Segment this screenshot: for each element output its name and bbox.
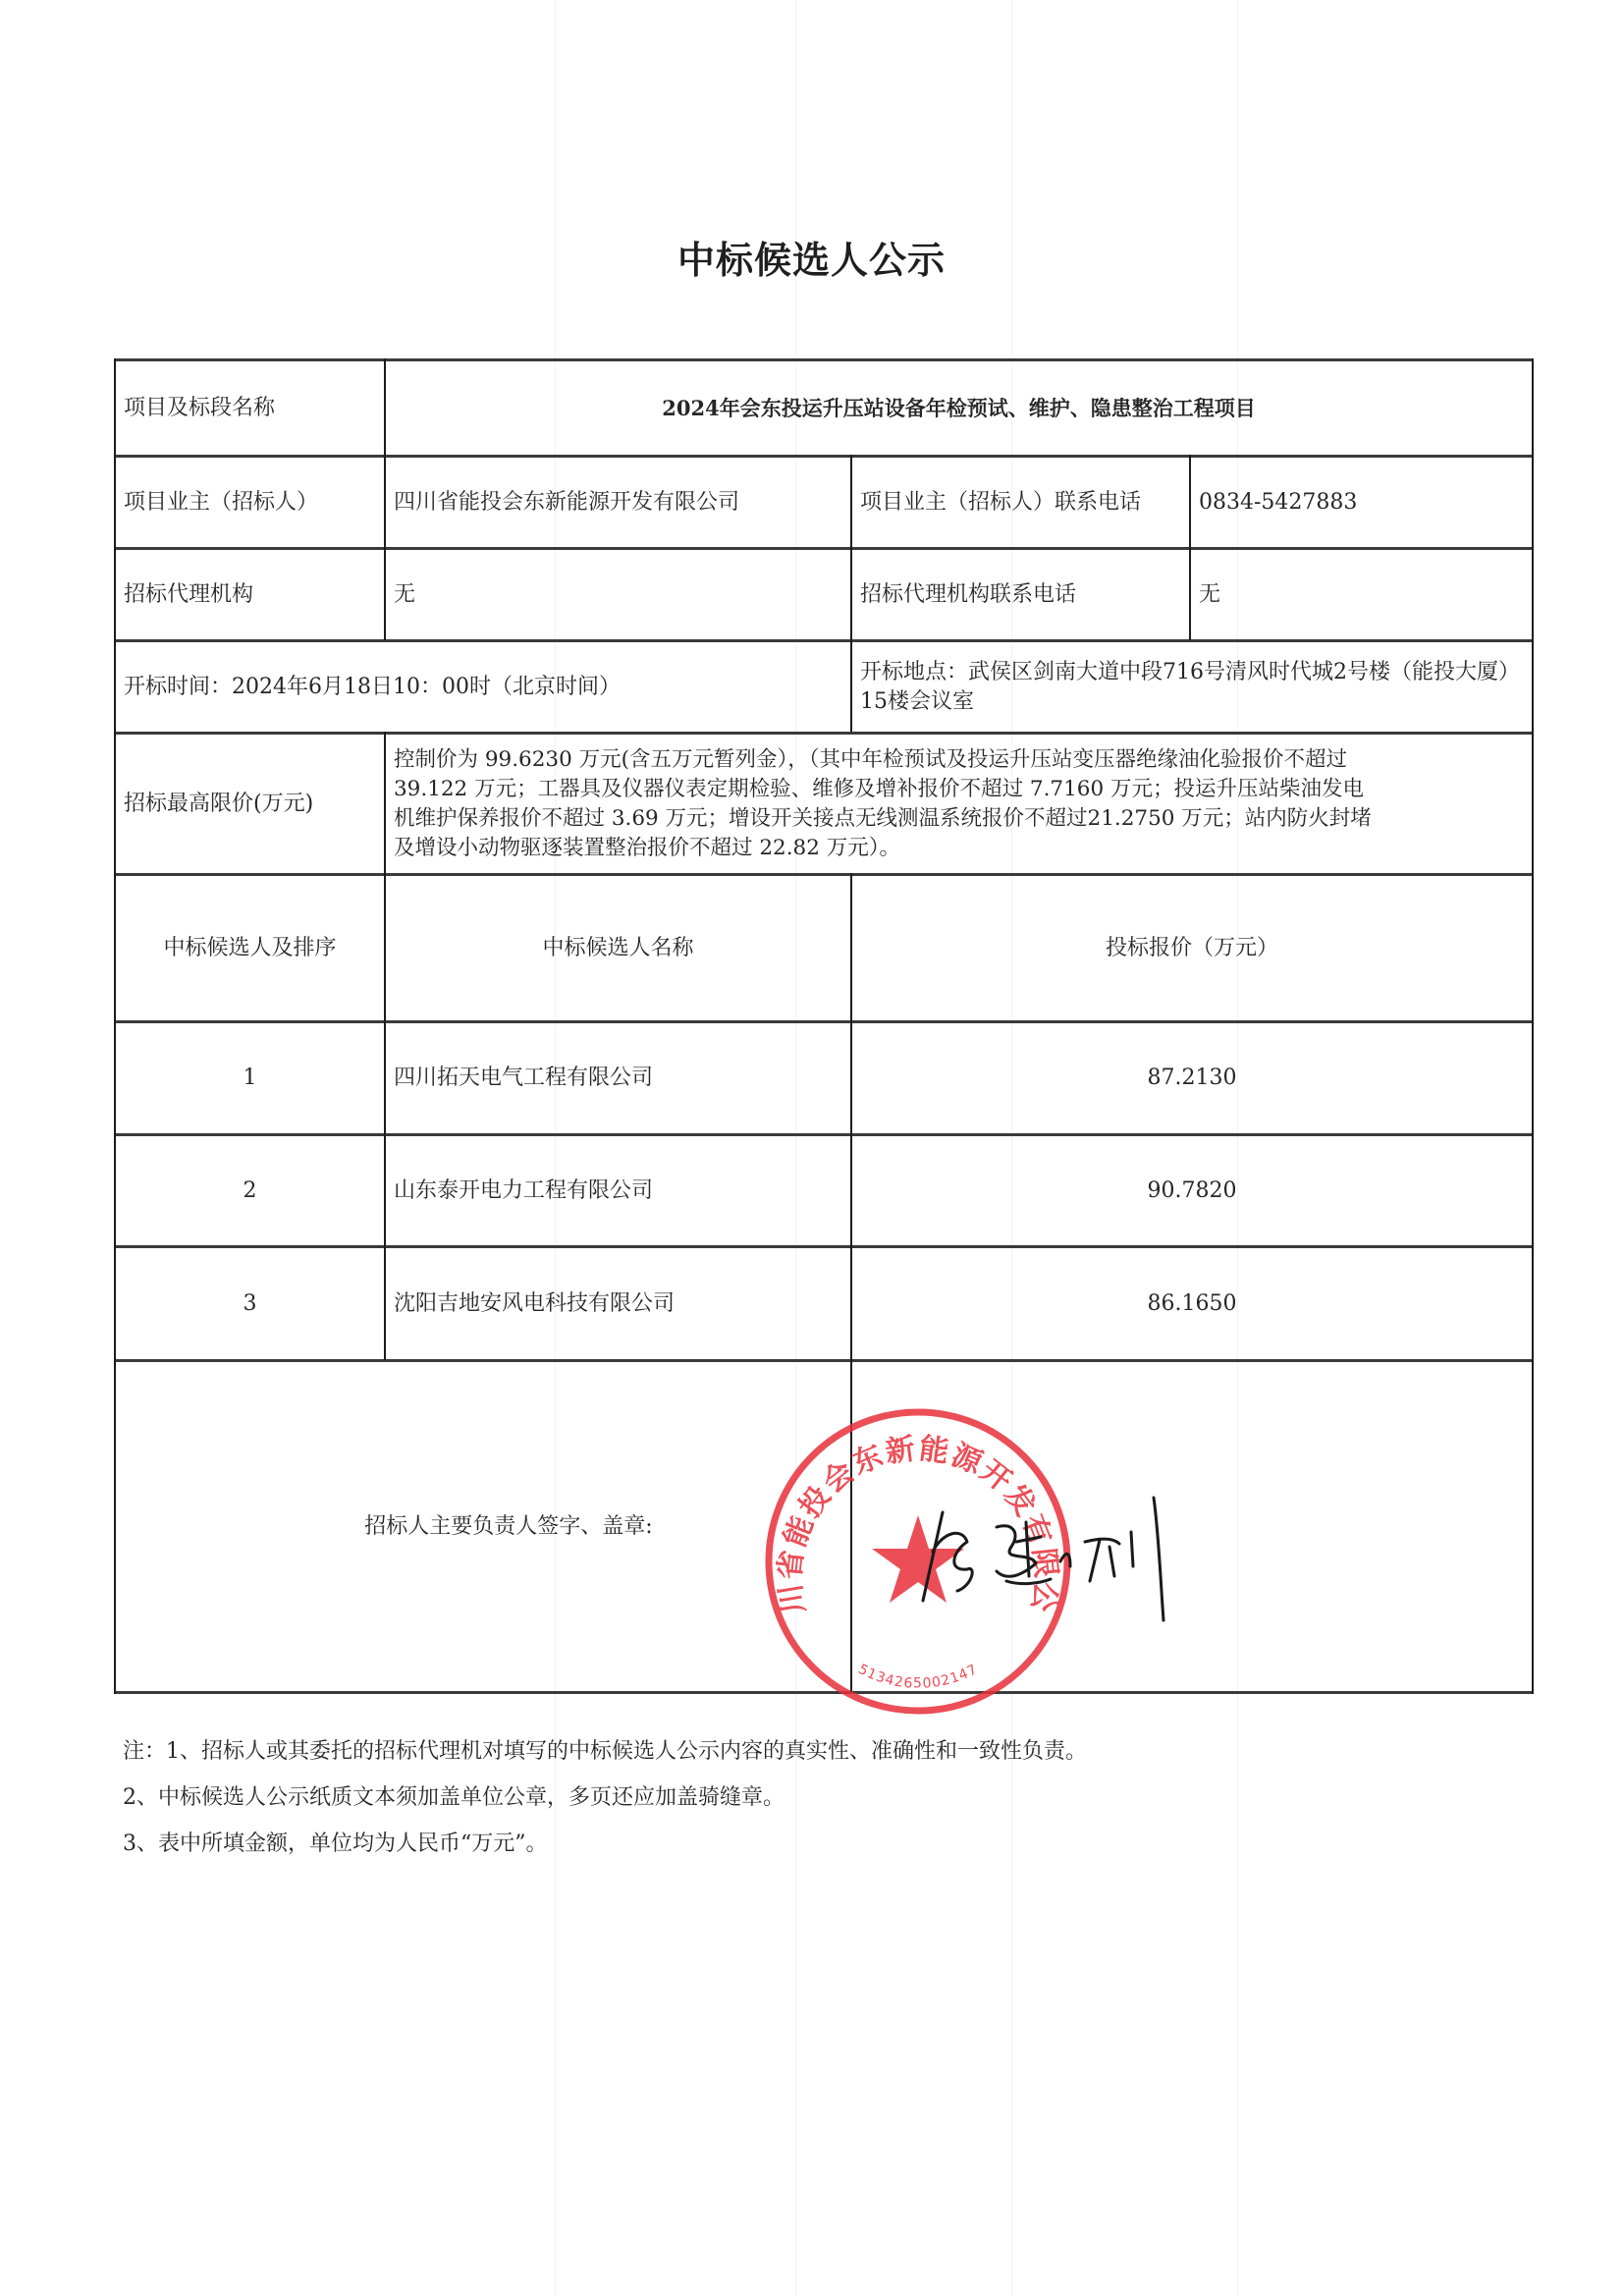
header-bid: 投标报价（万元）	[852, 876, 1532, 1020]
agency-phone-label: 招标代理机构联系电话	[852, 550, 1189, 639]
agency-label: 招标代理机构	[116, 550, 384, 639]
ceiling-price-line: 控制价为 99.6230 万元(含五万元暂列金），（其中年检预试及投运升压站变压…	[394, 745, 1347, 775]
ceiling-price-detail: 控制价为 99.6230 万元(含五万元暂列金），（其中年检预试及投运升压站变压…	[386, 735, 1532, 873]
ceiling-price-line: 机维护保养报价不超过 3.69 万元；增设开关接点无线测温系统报价不超过21.2…	[394, 804, 1372, 834]
header-rank: 中标候选人及排序	[116, 876, 384, 1020]
owner-phone-label: 项目业主（招标人）联系电话	[852, 458, 1189, 547]
candidate-name: 四川拓天电气工程有限公司	[386, 1023, 850, 1133]
candidate-rank: 2	[116, 1136, 384, 1245]
candidate-name: 山东泰开电力工程有限公司	[386, 1136, 850, 1245]
agency-phone-value: 无	[1191, 550, 1532, 639]
bid-opening-time: 开标时间：2024年6月18日10：00时（北京时间）	[116, 642, 850, 732]
header-name: 中标候选人名称	[386, 876, 850, 1020]
project-name-value: 2024年会东投运升压站设备年检预试、维护、隐患整治工程项目	[386, 361, 1532, 455]
candidate-rank: 1	[116, 1023, 384, 1133]
note-1: 注：1、招标人或其委托的招标代理机对填写的中标候选人公示内容的真实性、准确性和一…	[123, 1734, 1087, 1765]
page-title: 中标候选人公示	[0, 230, 1623, 284]
stamp-code: 5134265002147	[855, 1662, 980, 1692]
project-name-label: 项目及标段名称	[116, 361, 384, 455]
handwritten-signature-icon	[913, 1493, 1227, 1630]
candidate-name: 沈阳吉地安风电科技有限公司	[386, 1248, 850, 1359]
owner-value: 四川省能投会东新能源开发有限公司	[386, 458, 850, 547]
svg-text:5134265002147: 5134265002147	[855, 1662, 980, 1692]
candidate-bid: 87.2130	[852, 1023, 1532, 1133]
ceiling-price-label: 招标最高限价(万元)	[116, 735, 384, 873]
ceiling-price-line: 39.122 万元；工器具及仪器仪表定期检验、维修及增补报价不超过 7.7160…	[394, 775, 1364, 804]
candidate-bid: 86.1650	[852, 1248, 1532, 1359]
ceiling-price-line: 及增设小动物驱逐装置整治报价不超过 22.82 万元）。	[394, 834, 900, 863]
bid-opening-location: 开标地点：武侯区剑南大道中段716号清风时代城2号楼（能投大厦）15楼会议室	[852, 642, 1532, 732]
note-3: 3、表中所填金额，单位均为人民币“万元”。	[123, 1827, 548, 1857]
agency-value: 无	[386, 550, 850, 639]
owner-phone-value: 0834-5427883	[1191, 458, 1532, 547]
owner-label: 项目业主（招标人）	[116, 458, 384, 547]
note-2: 2、中标候选人公示纸质文本须加盖单位公章，多页还应加盖骑缝章。	[123, 1780, 784, 1811]
candidate-bid: 90.7820	[852, 1136, 1532, 1245]
candidate-rank: 3	[116, 1248, 384, 1359]
signature-label: 招标人主要负责人签字、盖章:	[116, 1362, 850, 1691]
